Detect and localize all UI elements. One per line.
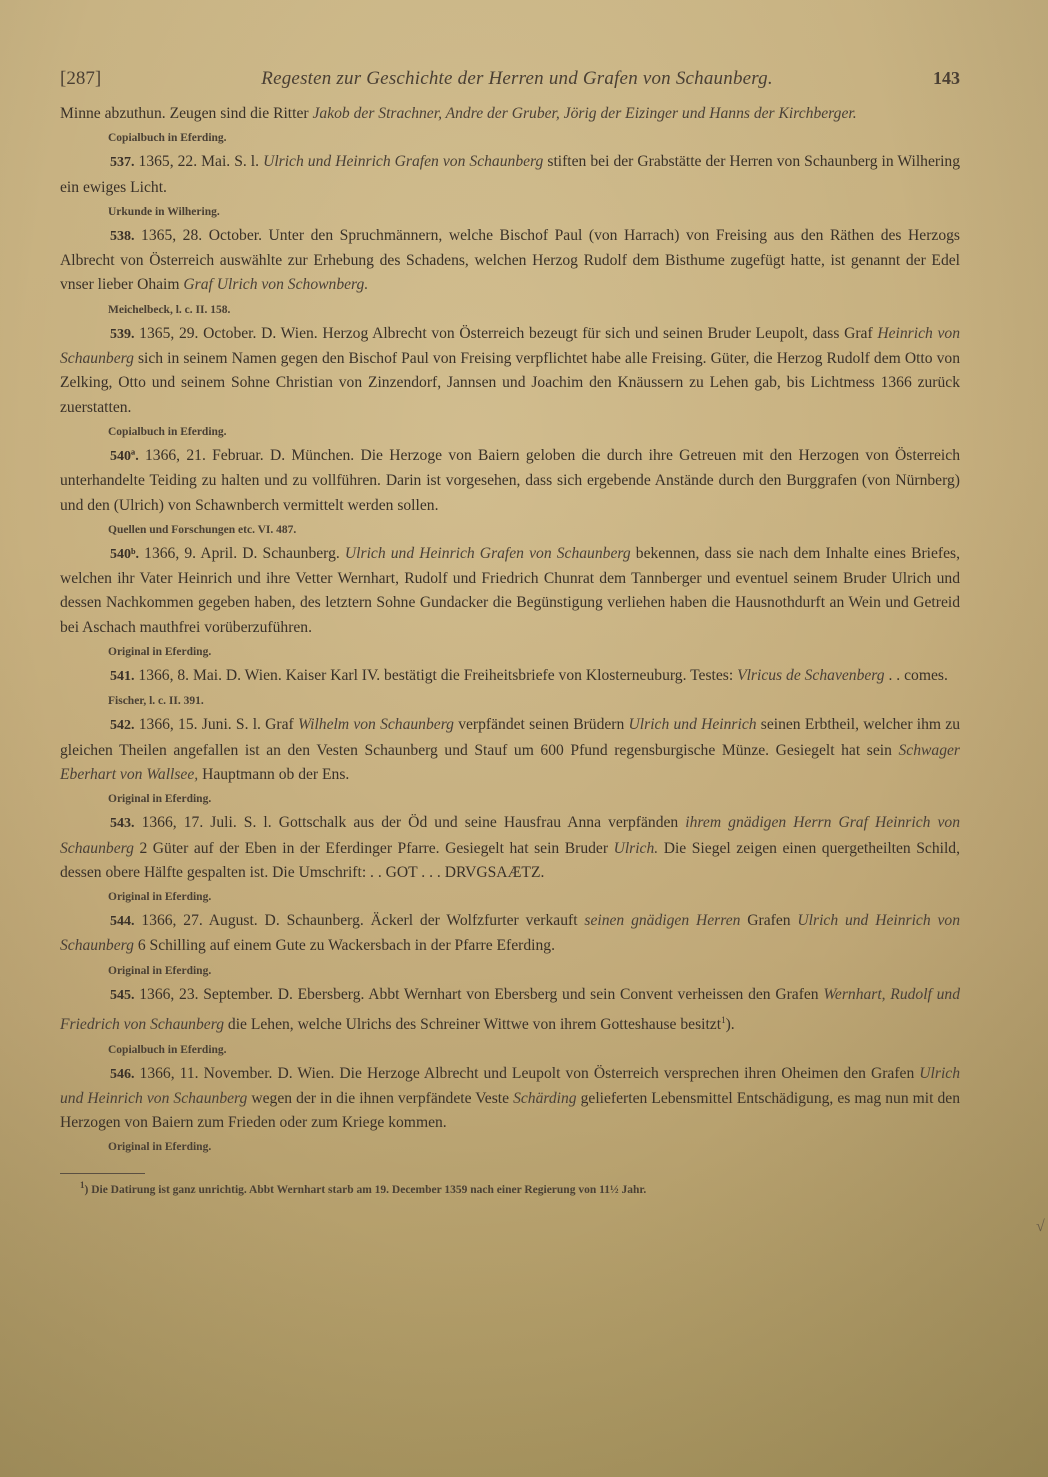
footnote: 1) Die Datirung ist ganz unrichtig. Abbt… [80,1180,960,1196]
entry-number: 540ª. [110,449,139,464]
entry-body: 542. 1366, 15. Juni. S. l. Graf Wilhelm … [60,713,960,787]
running-head: [287] Regesten zur Geschichte der Herren… [60,68,960,90]
entry-number: 543. [110,816,135,831]
page-number: 143 [933,68,960,89]
entry-546: 546. 1366, 11. November. D. Wien. Die He… [60,1062,960,1160]
entry-body: 538. 1365, 28. October. Unter den Spruch… [60,224,960,298]
entry-537: 537. 1365, 22. Mai. S. l. Ulrich und Hei… [60,150,960,224]
entry-body: 540ª. 1366, 21. Februar. D. München. Die… [60,444,960,518]
running-title: Regesten zur Geschichte der Herren und G… [261,68,773,90]
document-page: [287] Regesten zur Geschichte der Herren… [60,68,960,1196]
entry-body: 546. 1366, 11. November. D. Wien. Die He… [60,1062,960,1136]
entry-source: Original in Eferding. [108,959,960,983]
entry-source: Original in Eferding. [108,885,960,909]
bracket-page-number: [287] [60,68,101,90]
entry-body: 539. 1365, 29. October. D. Wien. Herzog … [60,322,960,420]
entry-540a: 540ª. 1366, 21. Februar. D. München. Die… [60,444,960,542]
entry-source: Original in Eferding. [108,787,960,811]
entry-number: 542. [110,718,135,733]
entry-545: 545. 1366, 23. September. D. Ebersberg. … [60,983,960,1062]
entry-source: Copialbuch in Eferding. [108,420,960,444]
entry-body: 540ᵇ. 1366, 9. April. D. Schaunberg. Ulr… [60,542,960,640]
entry-source: Copialbuch in Eferding. [108,1038,960,1062]
entry-number: 544. [110,914,135,929]
entry-538: 538. 1365, 28. October. Unter den Spruch… [60,224,960,322]
entry-source: Urkunde in Wilhering. [108,200,960,224]
entry-body: 544. 1366, 27. August. D. Schaunberg. Äc… [60,909,960,959]
entry-body: 543. 1366, 17. Juli. S. l. Gottschalk au… [60,811,960,885]
entry-number: 546. [110,1067,135,1082]
entry-source: Original in Eferding. [108,1135,960,1159]
entry-542: 542. 1366, 15. Juni. S. l. Graf Wilhelm … [60,713,960,811]
entry-number: 539. [110,327,135,342]
entry-543: 543. 1366, 17. Juli. S. l. Gottschalk au… [60,811,960,909]
entry-source: Quellen und Forschungen etc. VI. 487. [108,518,960,542]
continuation-entry: Minne abzuthun. Zeugen sind die Ritter J… [60,102,960,150]
entry-544: 544. 1366, 27. August. D. Schaunberg. Äc… [60,909,960,983]
footnote-divider [60,1173,145,1174]
entry-body: 545. 1366, 23. September. D. Ebersberg. … [60,983,960,1038]
entry-source: Fischer, l. c. II. 391. [108,689,960,713]
entry-540b: 540ᵇ. 1366, 9. April. D. Schaunberg. Ulr… [60,542,960,664]
margin-check-mark: √ [1036,1218,1045,1236]
entry-541: 541. 1366, 8. Mai. D. Wien. Kaiser Karl … [60,664,960,713]
entry-body: 537. 1365, 22. Mai. S. l. Ulrich und Hei… [60,150,960,200]
entry-539: 539. 1365, 29. October. D. Wien. Herzog … [60,322,960,444]
entry-body: Minne abzuthun. Zeugen sind die Ritter J… [60,102,960,126]
entry-source: Meichelbeck, l. c. II. 158. [108,298,960,322]
entry-number: 541. [110,669,135,684]
entry-number: 540ᵇ. [110,547,139,562]
entry-number: 545. [110,988,135,1003]
entry-number: 538. [110,229,135,244]
entry-number: 537. [110,155,135,170]
entry-body: 541. 1366, 8. Mai. D. Wien. Kaiser Karl … [60,664,960,689]
entry-source: Copialbuch in Eferding. [108,126,960,150]
entry-source: Original in Eferding. [108,640,960,664]
